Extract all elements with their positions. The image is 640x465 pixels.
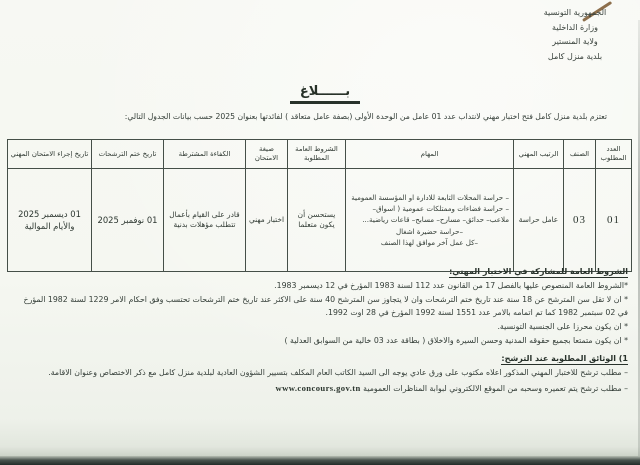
col-qualification: الكفاءة المشترطة xyxy=(164,140,246,169)
cell-exam-format: اختبار مهني xyxy=(246,169,288,272)
body-sections: الشروط العامة للمشاركة في الاختبار المهن… xyxy=(12,267,628,397)
condition-item: * ان لا تقل سن المترشح عن 18 سنة عند تار… xyxy=(12,294,628,319)
col-exam-date: تاريخ إجراء الامتحان المهني xyxy=(8,140,92,169)
col-exam-format: صيغة الامتحان xyxy=(246,140,288,169)
document-title: بــــــلاغ xyxy=(290,84,360,104)
condition-item: * ان يكون متمتعا بجميع حقوقه المدنية وحس… xyxy=(12,335,628,348)
cell-general-conditions: يستحسن أن يكون متعلما xyxy=(288,169,346,272)
col-required-count: العدد المطلوب xyxy=(596,140,632,169)
col-tasks: المهام xyxy=(346,140,514,169)
cell-exam-date: 01 ديسمبر 2025 والأيام الموالية xyxy=(8,169,92,272)
task-line: – حراسة المحلات التابعة للادارة او المؤس… xyxy=(350,192,509,203)
table-header-row: العدد المطلوب الصنف الرتيب المهني المهام… xyxy=(8,140,632,169)
document-title-wrap: بــــــلاغ xyxy=(0,80,640,104)
document-item: – مطلب ترشح يتم تعميره وسحبه من الموقع ا… xyxy=(12,382,628,396)
concours-portal-url: www.concours.gov.tn xyxy=(276,383,361,393)
letterhead-ministry: وزارة الداخلية xyxy=(523,21,627,36)
col-closing-date: تاريخ ختم الترشحات xyxy=(92,140,164,169)
letterhead-municipality: بلدية منزل كامل xyxy=(523,50,627,65)
cell-rank: عامل حراسة xyxy=(514,169,564,272)
letterhead: الجمهورية التونسية وزارة الداخلية ولاية … xyxy=(523,6,627,64)
letterhead-governorate: ولاية المنستير xyxy=(523,35,627,50)
col-general-conditions: الشروط العامة المطلوبة xyxy=(288,140,346,169)
task-line: –حراسة حضيرة اشغال xyxy=(350,226,509,237)
cell-tasks: – حراسة المحلات التابعة للادارة او المؤس… xyxy=(346,169,514,272)
cell-qualification: قادر على القيام بأعمال تتطلب مؤهلات بدني… xyxy=(164,169,246,272)
table-row: 01 03 عامل حراسة – حراسة المحلات التابعة… xyxy=(8,169,632,272)
cell-required-count: 01 xyxy=(596,169,632,272)
col-category: الصنف xyxy=(564,140,596,169)
task-line: – حراسة فضاءات وممتلكات عمومية ( اسواق– xyxy=(350,203,509,214)
intro-paragraph: تعتزم بلدية منزل كامل فتح اختبار مهني لا… xyxy=(10,112,607,121)
condition-item: *الشروط العامة المنصوص عليها بالفصل 17 م… xyxy=(12,280,628,293)
documents-section-heading: 1) الوثائق المطلوبة عند الترشح: xyxy=(12,354,628,365)
letterhead-republic: الجمهورية التونسية xyxy=(523,6,627,21)
cell-closing-date: 01 نوفمبر 2025 xyxy=(92,169,164,272)
recruitment-table: العدد المطلوب الصنف الرتيب المهني المهام… xyxy=(7,139,632,272)
task-line: ملاعب– حدائق– مسارح– مسابح– قاعات رياضية… xyxy=(350,214,509,225)
scan-edge-bottom xyxy=(0,456,640,465)
scanned-announcement-page: الجمهورية التونسية وزارة الداخلية ولاية … xyxy=(0,0,640,465)
task-line: –كل عمل آخر موافق لهذا الصنف xyxy=(350,237,509,248)
cell-category: 03 xyxy=(564,169,596,272)
col-rank: الرتيب المهني xyxy=(514,140,564,169)
conditions-section-heading: الشروط العامة للمشاركة في الاختبار المهن… xyxy=(12,267,628,278)
document-item: – مطلب ترشح للاختبار المهني المذكور اعلا… xyxy=(12,367,628,380)
condition-item: * ان يكون محرزا على الجنسية التونسية. xyxy=(12,321,628,334)
